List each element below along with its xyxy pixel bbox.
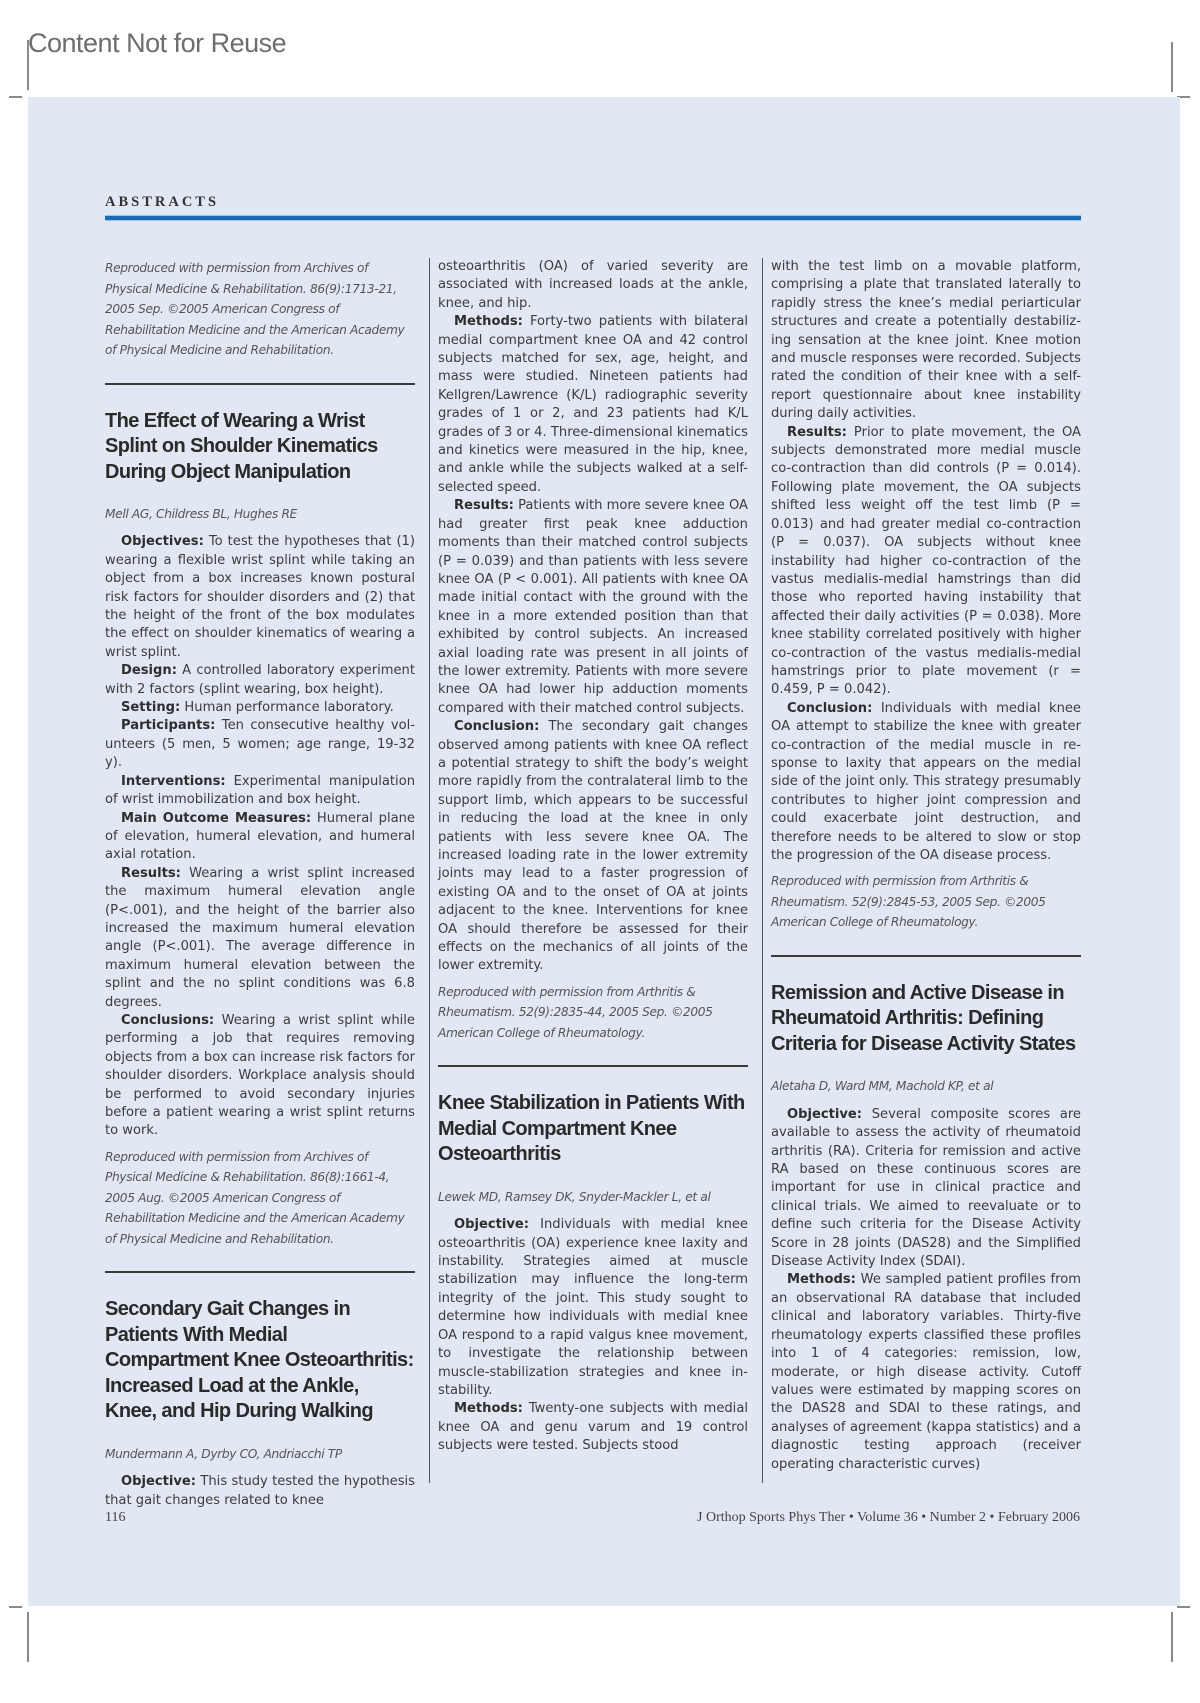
column-1: Reproduced with permission from Archives…	[105, 258, 415, 1510]
abstract-results: Results: Prior to plate movement, the OA…	[771, 424, 1081, 700]
abstract-design: Design: A controlled laboratory experi­m…	[105, 662, 415, 699]
abstract-objectives: Objectives: To test the hypotheses that …	[105, 533, 415, 662]
abstract-methods: Methods: We sampled patient profiles fro…	[771, 1271, 1081, 1473]
article-secondary-gait-changes-continued: osteoarthritis (OA) of varied severity a…	[438, 258, 748, 1043]
article-authors: Mundermann A, Dyrby CO, Andriacchi TP	[105, 1445, 415, 1463]
section-label: Conclusion:	[454, 719, 539, 734]
article-authors: Aletaha D, Ward MM, Machold KP, et al	[771, 1077, 1081, 1095]
article-secondary-gait-changes: Secondary Gait Changes in Patients With …	[105, 1297, 415, 1510]
section-text: Individuals with medial knee osteoarthri…	[438, 1217, 748, 1398]
article-wrist-splint: The Effect of Wearing a Wrist Splint on …	[105, 409, 415, 1250]
article-remission-active-disease: Remission and Active Disease in Rheumato…	[771, 981, 1081, 1474]
previous-article-citation: Reproduced with permission from Archives…	[105, 258, 415, 361]
section-label: Design:	[121, 663, 177, 678]
section-text: Forty-two patients with bilateral medial…	[438, 314, 748, 495]
section-heading: ABSTRACTS	[105, 194, 219, 211]
section-label: Interventions:	[121, 774, 226, 789]
article-citation: Reproduced with permission from Arthriti…	[771, 871, 1081, 933]
section-text: Individuals with medial knee OA attempt …	[771, 701, 1081, 863]
article-title: Knee Stabilization in Patients With Medi…	[438, 1091, 748, 1168]
abstract-conclusion: Conclusion: The secondary gait changes o…	[438, 718, 748, 976]
abstract-setting: Setting: Human performance laboratory.	[105, 699, 415, 717]
crop-mark-bottom-left-vertical	[27, 1612, 29, 1662]
section-text: To test the hypotheses that (1) wearing …	[105, 534, 415, 659]
column-2: osteoarthritis (OA) of varied severity a…	[438, 258, 748, 1456]
section-label: Results:	[787, 425, 847, 440]
section-text: We sampled patient profiles from an obse…	[771, 1272, 1081, 1471]
crop-mark-top-left-horizontal	[9, 96, 22, 98]
section-label: Results:	[454, 498, 514, 513]
section-label: Methods:	[454, 1401, 523, 1416]
section-text: Patients with more severe knee OA had gr…	[438, 498, 748, 715]
column-divider-2	[762, 258, 763, 1483]
abstract-methods-continued: with the test limb on a movable platform…	[771, 258, 1081, 424]
section-label: Methods:	[787, 1272, 856, 1287]
abstract-objective-continued: osteoarthritis (OA) of varied severity a…	[438, 258, 748, 313]
article-knee-stabilization: Knee Stabilization in Patients With Medi…	[438, 1091, 748, 1455]
section-text: Wearing a wrist splint increased the max…	[105, 866, 415, 1010]
abstract-conclusion: Conclusion: Individuals with medial knee…	[771, 700, 1081, 866]
section-label: Setting:	[121, 700, 180, 715]
section-label: Methods:	[454, 314, 523, 329]
column-3: with the test limb on a movable platform…	[771, 258, 1081, 1474]
abstract-main-outcome-measures: Main Outcome Measures: Humeral plane of …	[105, 810, 415, 865]
article-citation: Reproduced with permission from Arthriti…	[438, 982, 748, 1044]
section-text: Prior to plate movement, the OA subjects…	[771, 425, 1081, 698]
journal-citation-footer: J Orthop Sports Phys Ther • Volume 36 • …	[697, 1510, 1080, 1526]
abstract-results: Results: Wearing a wrist splint increase…	[105, 865, 415, 1012]
section-label: Objective:	[121, 1474, 196, 1489]
section-text: The secondary gait changes observed amon…	[438, 719, 748, 973]
section-heading-rule	[105, 215, 1081, 221]
article-title: Remission and Active Disease in Rheumato…	[771, 981, 1081, 1058]
abstract-objective: Objective: Individuals with medial knee …	[438, 1216, 748, 1400]
page-number: 116	[105, 1510, 125, 1526]
article-divider	[105, 1271, 415, 1273]
section-text: Human performance laboratory.	[184, 700, 393, 715]
article-authors: Mell AG, Childress BL, Hughes RE	[105, 505, 415, 523]
abstract-objective: Objective: Several composite scores are …	[771, 1106, 1081, 1272]
abstract-results: Results: Patients with more severe knee …	[438, 497, 748, 718]
abstract-methods: Methods: Forty-two patients with bilater…	[438, 313, 748, 497]
abstract-conclusions: Conclusions: Wearing a wrist splint whil…	[105, 1012, 415, 1141]
article-authors: Lewek MD, Ramsey DK, Snyder-Mackler L, e…	[438, 1188, 748, 1206]
section-label: Conclusions:	[121, 1013, 214, 1028]
section-text: Several composite scores are available t…	[771, 1107, 1081, 1269]
article-divider	[438, 1065, 748, 1067]
section-label: Objective:	[787, 1107, 862, 1122]
section-label: Main Outcome Measures:	[121, 811, 311, 826]
section-label: Participants:	[121, 718, 215, 733]
article-divider	[771, 955, 1081, 957]
article-citation: Reproduced with permission from Archives…	[105, 1147, 415, 1250]
abstract-participants: Participants: Ten consecutive healthy vo…	[105, 717, 415, 772]
article-title: The Effect of Wearing a Wrist Splint on …	[105, 409, 415, 486]
crop-mark-bottom-right-vertical	[1171, 1612, 1173, 1662]
section-label: Objectives:	[121, 534, 204, 549]
section-label: Objective:	[454, 1217, 529, 1232]
crop-mark-bottom-right-horizontal	[1177, 1606, 1190, 1608]
abstract-interventions: Interventions: Experimental manipulation…	[105, 773, 415, 810]
article-title: Secondary Gait Changes in Patients With …	[105, 1297, 415, 1425]
article-divider	[105, 383, 415, 385]
watermark: Content Not for Reuse	[28, 28, 286, 59]
abstract-objective: Objective: This study tested the hypoth­…	[105, 1473, 415, 1510]
section-label: Conclusion:	[787, 701, 872, 716]
crop-mark-bottom-left-horizontal	[9, 1606, 22, 1608]
crop-mark-top-left-vertical	[27, 40, 29, 90]
column-divider-1	[429, 258, 430, 1483]
abstract-methods: Methods: Twenty-one subjects with me­dia…	[438, 1400, 748, 1455]
crop-mark-top-right-vertical	[1171, 42, 1173, 92]
article-knee-stabilization-continued: with the test limb on a movable platform…	[771, 258, 1081, 933]
section-label: Results:	[121, 866, 181, 881]
section-text: Wearing a wrist splint while performing …	[105, 1013, 415, 1138]
